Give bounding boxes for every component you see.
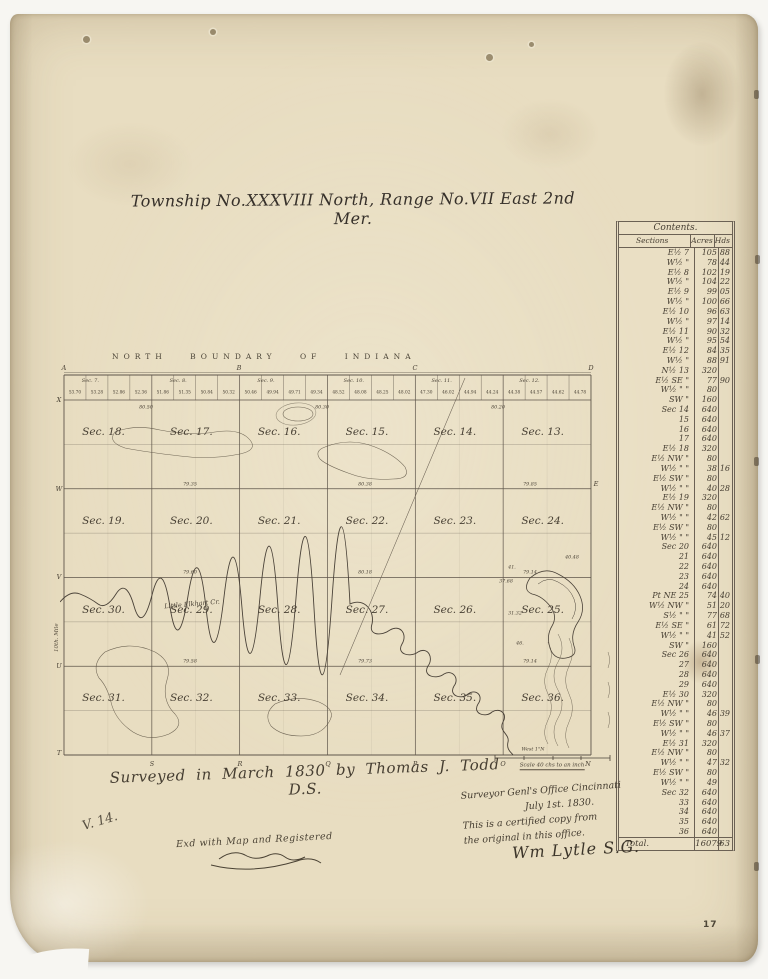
contents-row: E½ 810219: [619, 268, 732, 278]
lot-acreage: 47.30: [420, 391, 432, 396]
contents-row: W½ " "4639: [619, 709, 732, 719]
punch-hole: [486, 54, 493, 61]
page-number: 17: [703, 920, 718, 930]
contents-cell: E½ SW ": [619, 523, 695, 533]
contents-cell: [719, 474, 732, 484]
contents-cell: 320: [695, 690, 719, 700]
lot-acreage: 49.94: [266, 391, 278, 396]
contents-cell: 24: [619, 582, 695, 592]
contents-cell: 28: [619, 670, 695, 680]
contents-cell: 22: [719, 277, 732, 287]
contents-row: E½ 19320: [619, 493, 732, 503]
contents-row: E½ NW "80: [619, 503, 732, 513]
contents-cell: [719, 552, 732, 562]
corner-letter: X: [57, 396, 62, 404]
section-label: Sec. 34.: [346, 692, 389, 704]
survey-number: 46.: [516, 642, 524, 647]
punch-hole: [210, 29, 216, 35]
section-label: Sec. 16.: [258, 426, 301, 438]
lot-acreage: 52.86: [113, 391, 125, 396]
contents-cell: E½ 10: [619, 307, 695, 317]
contents-cell: S½ " ": [619, 611, 695, 621]
contents-cell: E½ 9: [619, 287, 695, 297]
contents-cell: 32: [719, 758, 732, 768]
col-sections: Sections: [619, 235, 691, 247]
section-label: Sec. 25.: [521, 604, 564, 616]
contents-cell: [719, 748, 732, 758]
contents-row: SW "160: [619, 641, 732, 651]
contents-cell: [719, 366, 732, 376]
lot-acreage: 50.32: [223, 391, 235, 396]
contents-row: W½ " "3816: [619, 464, 732, 474]
section-label: Sec. 31.: [82, 692, 125, 704]
contents-row: 17640: [619, 434, 732, 444]
contents-cell: [719, 680, 732, 690]
lot-acreage: 53.28: [91, 391, 103, 396]
contents-cell: 640: [695, 827, 719, 837]
lot-acreage: 50.84: [201, 391, 213, 396]
total-hds: 63: [719, 838, 732, 851]
contents-row: E½ NW "80: [619, 454, 732, 464]
contents-cell: W½ ": [619, 297, 695, 307]
section-label: Sec. 36.: [521, 692, 564, 704]
contents-cell: 80: [695, 385, 719, 395]
contents-cell: [719, 395, 732, 405]
lot-acreage: 44.38: [508, 391, 520, 396]
contents-row: E½ 710588: [619, 248, 732, 258]
contents-row: E½ SE "6172: [619, 621, 732, 631]
contents-cell: 52: [719, 631, 732, 641]
scale-label: Scale 40 chs to an inch: [520, 762, 585, 770]
contents-row: W½ " "4152: [619, 631, 732, 641]
contents-cell: E½ 19: [619, 493, 695, 503]
contents-cell: 320: [695, 739, 719, 749]
lot-acreage: 48.25: [376, 391, 388, 396]
contents-cell: 80: [695, 719, 719, 729]
contents-cell: W½ " ": [619, 758, 695, 768]
corner-letter: U: [56, 662, 61, 670]
contents-cell: 17: [619, 434, 695, 444]
contents-cell: 640: [695, 562, 719, 572]
section-label: Sec. 19.: [82, 515, 125, 527]
lot-acreage: 44.62: [552, 391, 564, 396]
contents-cell: 49: [695, 778, 719, 788]
contents-cell: 46: [695, 729, 719, 739]
contents-cell: 640: [695, 405, 719, 415]
contents-cell: W½ ": [619, 277, 695, 287]
contents-cell: 21: [619, 552, 695, 562]
contents-cell: 80: [695, 699, 719, 709]
contents-cell: 84: [695, 346, 719, 356]
contents-cell: 80: [695, 454, 719, 464]
survey-number: 79.14: [523, 571, 537, 576]
contents-row: W½ " "80: [619, 385, 732, 395]
contents-cell: E½ NW ": [619, 503, 695, 513]
contents-cell: 32: [719, 327, 732, 337]
contents-cell: 88: [719, 248, 732, 258]
township-plat-map: NORTH BOUNDARY OF INDIANA Little Elkhart…: [60, 352, 616, 776]
contents-cell: 640: [695, 425, 719, 435]
contents-row: Sec 20640: [619, 542, 732, 552]
section-label: Sec. 15.: [346, 426, 389, 438]
section-label: Sec. 21.: [258, 515, 301, 527]
lot-acreage: 48.02: [398, 391, 410, 396]
binding-mark: [755, 255, 760, 264]
contents-row: W½ " "4637: [619, 729, 732, 739]
contents-cell: E½ SW ": [619, 474, 695, 484]
contents-cell: W½ " ": [619, 533, 695, 543]
contents-table: Contents. Sections Acres Hds E½ 710588W½…: [616, 221, 735, 851]
section-label: Sec. 13.: [521, 426, 564, 438]
contents-row: SW "160: [619, 395, 732, 405]
contents-cell: 44: [719, 258, 732, 268]
contents-cell: [719, 454, 732, 464]
contents-cell: 19: [719, 268, 732, 278]
contents-cell: 20: [719, 601, 732, 611]
contents-cell: W½ ": [619, 336, 695, 346]
contents-cell: E½ SW ": [619, 719, 695, 729]
contents-cell: [719, 670, 732, 680]
punch-hole: [83, 36, 90, 43]
contents-row: E½ 31320: [619, 739, 732, 749]
section-label: Sec. 27.: [346, 604, 389, 616]
section-label: Sec. 30.: [82, 604, 125, 616]
fractional-section-label: Sec. 9.: [257, 378, 274, 384]
contents-cell: E½ 12: [619, 346, 695, 356]
contents-cell: 77: [695, 611, 719, 621]
corner-letter: B: [237, 364, 242, 372]
lot-acreage: 51.86: [157, 391, 169, 396]
contents-cell: 54: [719, 336, 732, 346]
contents-cell: 104: [695, 277, 719, 287]
contents-cell: 95: [695, 336, 719, 346]
contents-row: S½ " "7768: [619, 611, 732, 621]
contents-row: W½ "9714: [619, 317, 732, 327]
lot-acreage: 53.70: [69, 391, 81, 396]
survey-number: 37.68: [499, 580, 513, 585]
contents-cell: [719, 434, 732, 444]
survey-number: 79.73: [358, 660, 372, 665]
corner-letter: C: [413, 364, 418, 372]
contents-cell: Pt NE 25: [619, 591, 695, 601]
survey-number: 79.85: [523, 483, 537, 488]
contents-cell: SW ": [619, 395, 695, 405]
section-label: Sec. 18.: [82, 426, 125, 438]
contents-cell: 105: [695, 248, 719, 258]
contents-cell: 78: [695, 258, 719, 268]
contents-cell: 640: [695, 650, 719, 660]
contents-cell: 68: [719, 611, 732, 621]
contents-cell: Sec 26: [619, 650, 695, 660]
binding-mark: [754, 862, 759, 871]
contents-cell: E½ NW ": [619, 748, 695, 758]
binding-mark: [754, 90, 759, 99]
corner-letter: V: [57, 573, 62, 581]
contents-cell: 160: [695, 395, 719, 405]
contents-cell: 91: [719, 356, 732, 366]
contents-cell: 320: [695, 493, 719, 503]
col-hds: Hds: [715, 235, 732, 247]
contents-row: E½ 109663: [619, 307, 732, 317]
contents-cell: 28: [719, 484, 732, 494]
contents-row: W½ " "4512: [619, 533, 732, 543]
contents-cell: 640: [695, 680, 719, 690]
contents-cell: 63: [719, 307, 732, 317]
contents-row: E½ 119032: [619, 327, 732, 337]
contents-cell: [719, 788, 732, 798]
survey-number: 79.14: [523, 660, 537, 665]
survey-number: 40.48: [565, 556, 579, 561]
contents-row: E½ SW "80: [619, 474, 732, 484]
fractional-section-label: Sec. 8.: [170, 378, 187, 384]
contents-cell: 61: [695, 621, 719, 631]
contents-cell: E½ 18: [619, 444, 695, 454]
contents-cell: N½ 13: [619, 366, 695, 376]
section-label: Sec. 32.: [170, 692, 213, 704]
contents-cell: [719, 817, 732, 827]
lot-acreage: 48.08: [354, 391, 366, 396]
contents-cell: 80: [695, 523, 719, 533]
contents-row: E½ SW "80: [619, 523, 732, 533]
lot-acreage: 50.46: [244, 391, 256, 396]
contents-cell: E½ SE ": [619, 621, 695, 631]
contents-cell: [719, 778, 732, 788]
contents-cell: 37: [719, 729, 732, 739]
corner-letter: T: [57, 749, 61, 757]
contents-row: E½ SW "80: [619, 719, 732, 729]
contents-cell: E½ NW ": [619, 699, 695, 709]
contents-cell: 27: [619, 660, 695, 670]
contents-cell: 22: [619, 562, 695, 572]
section-label: Sec. 33.: [258, 692, 301, 704]
contents-cell: [719, 493, 732, 503]
contents-cell: 640: [695, 434, 719, 444]
contents-cell: 640: [695, 817, 719, 827]
contents-cell: [719, 425, 732, 435]
contents-cell: [719, 827, 732, 837]
section-label: Sec. 35.: [433, 692, 476, 704]
contents-cell: 320: [695, 366, 719, 376]
contents-cell: W½ ": [619, 317, 695, 327]
section-label: Sec. 14.: [433, 426, 476, 438]
contents-cell: [719, 542, 732, 552]
contents-cell: 640: [695, 582, 719, 592]
lot-acreage: 46.02: [442, 391, 454, 396]
contents-cell: 45: [695, 533, 719, 543]
mile-marker-label: 10th. Mile: [54, 623, 60, 652]
contents-cell: [719, 523, 732, 533]
contents-row: W½ "10422: [619, 277, 732, 287]
contents-cell: 640: [695, 552, 719, 562]
registrar-signature-flourish: [205, 845, 335, 871]
contents-cell: 05: [719, 287, 732, 297]
contents-row: E½ 99905: [619, 287, 732, 297]
contents-cell: [719, 719, 732, 729]
contents-cell: 35: [719, 346, 732, 356]
corner-letter: W: [56, 485, 63, 493]
contents-cell: 640: [695, 670, 719, 680]
contents-cell: [719, 415, 732, 425]
contents-row: 21640: [619, 552, 732, 562]
contents-cell: E½ NW ": [619, 454, 695, 464]
contents-row: Sec 26640: [619, 650, 732, 660]
contents-cell: 88: [695, 356, 719, 366]
contents-cell: 80: [695, 748, 719, 758]
contents-cell: 640: [695, 788, 719, 798]
contents-row: W½ "9554: [619, 336, 732, 346]
survey-number: 31.32: [508, 612, 522, 617]
contents-title: Contents.: [619, 222, 732, 235]
contents-cell: [719, 562, 732, 572]
contents-row: 24640: [619, 582, 732, 592]
survey-number: 80.38: [358, 483, 372, 488]
survey-number: 80.50: [139, 406, 153, 411]
contents-cell: 90: [719, 376, 732, 386]
contents-cell: 66: [719, 297, 732, 307]
contents-cell: W½ " ": [619, 464, 695, 474]
lot-acreage: 48.52: [332, 391, 344, 396]
contents-cell: [719, 768, 732, 778]
lot-acreage: 44.57: [530, 391, 542, 396]
contents-row: 23640: [619, 572, 732, 582]
total-acres: 16079: [695, 838, 719, 851]
contents-cell: W½ " ": [619, 709, 695, 719]
section-label: Sec. 29.: [170, 604, 213, 616]
contents-cell: [719, 503, 732, 513]
corner-letter: D: [588, 364, 593, 372]
contents-cell: 12: [719, 533, 732, 543]
contents-row: 22640: [619, 562, 732, 572]
contents-cell: 320: [695, 444, 719, 454]
contents-row: W½ "10066: [619, 297, 732, 307]
corner-letter: A: [62, 364, 67, 372]
contents-cell: 80: [695, 768, 719, 778]
contents-cell: E½ 8: [619, 268, 695, 278]
contents-cell: 640: [695, 572, 719, 582]
contents-cell: W½ " ": [619, 631, 695, 641]
contents-cell: 74: [695, 591, 719, 601]
section-label: Sec. 26.: [433, 604, 476, 616]
survey-number: 41.: [508, 566, 516, 571]
survey-number: 79.58: [183, 660, 197, 665]
lot-acreage: 51.35: [179, 391, 191, 396]
section-label: Sec. 24.: [521, 515, 564, 527]
contents-cell: W½ " ": [619, 385, 695, 395]
contents-cell: 160: [695, 641, 719, 651]
contents-cell: 102: [695, 268, 719, 278]
section-label: Sec. 28.: [258, 604, 301, 616]
punch-hole: [529, 42, 534, 47]
contents-row: Pt NE 257440: [619, 591, 732, 601]
contents-row: W½ "7844: [619, 258, 732, 268]
contents-cell: [719, 582, 732, 592]
contents-cell: 41: [695, 631, 719, 641]
survey-number: 80.18: [358, 571, 372, 576]
map-annotations: Little Elkhart Cr. Scale 40 chs to an in…: [60, 352, 616, 776]
contents-cell: E½ 31: [619, 739, 695, 749]
contents-cell: 39: [719, 709, 732, 719]
fractional-section-label: Sec. 12.: [519, 378, 539, 384]
lot-acreage: 49.71: [288, 391, 300, 396]
contents-cell: 80: [695, 503, 719, 513]
contents-row: W½ " "4262: [619, 513, 732, 523]
contents-cell: 640: [695, 415, 719, 425]
contents-cell: Sec 20: [619, 542, 695, 552]
contents-cell: [719, 699, 732, 709]
contents-cell: W½ ": [619, 258, 695, 268]
contents-cell: [719, 739, 732, 749]
contents-cell: E½ 7: [619, 248, 695, 258]
contents-cell: 640: [695, 807, 719, 817]
contents-cell: 96: [695, 307, 719, 317]
contents-cell: W½ NW ": [619, 601, 695, 611]
lot-acreage: 44.94: [464, 391, 476, 396]
contents-cell: 72: [719, 621, 732, 631]
contents-cell: SW ": [619, 641, 695, 651]
lot-acreage: 49.34: [310, 391, 322, 396]
contents-cell: 90: [695, 327, 719, 337]
contents-rows: E½ 710588W½ "7844E½ 810219W½ "10422E½ 99…: [619, 248, 732, 837]
contents-cell: 640: [695, 798, 719, 808]
contents-cell: 14: [719, 317, 732, 327]
contents-cell: 16: [719, 464, 732, 474]
binding-mark: [755, 655, 760, 664]
contents-cell: [719, 798, 732, 808]
contents-cell: 640: [695, 660, 719, 670]
contents-cell: 46: [695, 709, 719, 719]
contents-cell: [719, 405, 732, 415]
survey-number: 79.35: [183, 483, 197, 488]
contents-cell: [719, 572, 732, 582]
contents-cell: W½ ": [619, 356, 695, 366]
contents-row: E½ 18320: [619, 444, 732, 454]
contents-cell: 77: [695, 376, 719, 386]
survey-number: 80.30: [315, 406, 329, 411]
contents-cell: E½ 30: [619, 690, 695, 700]
contents-row: N½ 13320: [619, 366, 732, 376]
contents-cell: 100: [695, 297, 719, 307]
contents-cell: 47: [695, 758, 719, 768]
contents-row: W½ "8891: [619, 356, 732, 366]
contents-row: E½ NW "80: [619, 699, 732, 709]
contents-row: W½ NW "5120: [619, 601, 732, 611]
contents-cell: 16: [619, 425, 695, 435]
survey-number: 79.60: [183, 571, 197, 576]
contents-row: W½ " "4732: [619, 758, 732, 768]
survey-number: 80.20: [491, 406, 505, 411]
lot-acreage: 44.24: [486, 391, 498, 396]
contents-cell: 62: [719, 513, 732, 523]
contents-cell: 40: [695, 484, 719, 494]
lot-acreage: 52.36: [135, 391, 147, 396]
section-label: Sec. 20.: [170, 515, 213, 527]
fractional-section-label: Sec. 7.: [82, 378, 99, 384]
contents-row: 29640: [619, 680, 732, 690]
contents-row: Sec 14640: [619, 405, 732, 415]
contents-cell: [719, 690, 732, 700]
contents-cell: 51: [695, 601, 719, 611]
contents-row: E½ 30320: [619, 690, 732, 700]
contents-cell: 15: [619, 415, 695, 425]
contents-cell: 640: [695, 542, 719, 552]
contents-cell: [719, 385, 732, 395]
fractional-section-label: Sec. 11.: [431, 378, 451, 384]
contents-row: 15640: [619, 415, 732, 425]
contents-cell: 97: [695, 317, 719, 327]
contents-cell: [719, 641, 732, 651]
contents-cell: 80: [695, 474, 719, 484]
contents-cell: E½ SE ": [619, 376, 695, 386]
